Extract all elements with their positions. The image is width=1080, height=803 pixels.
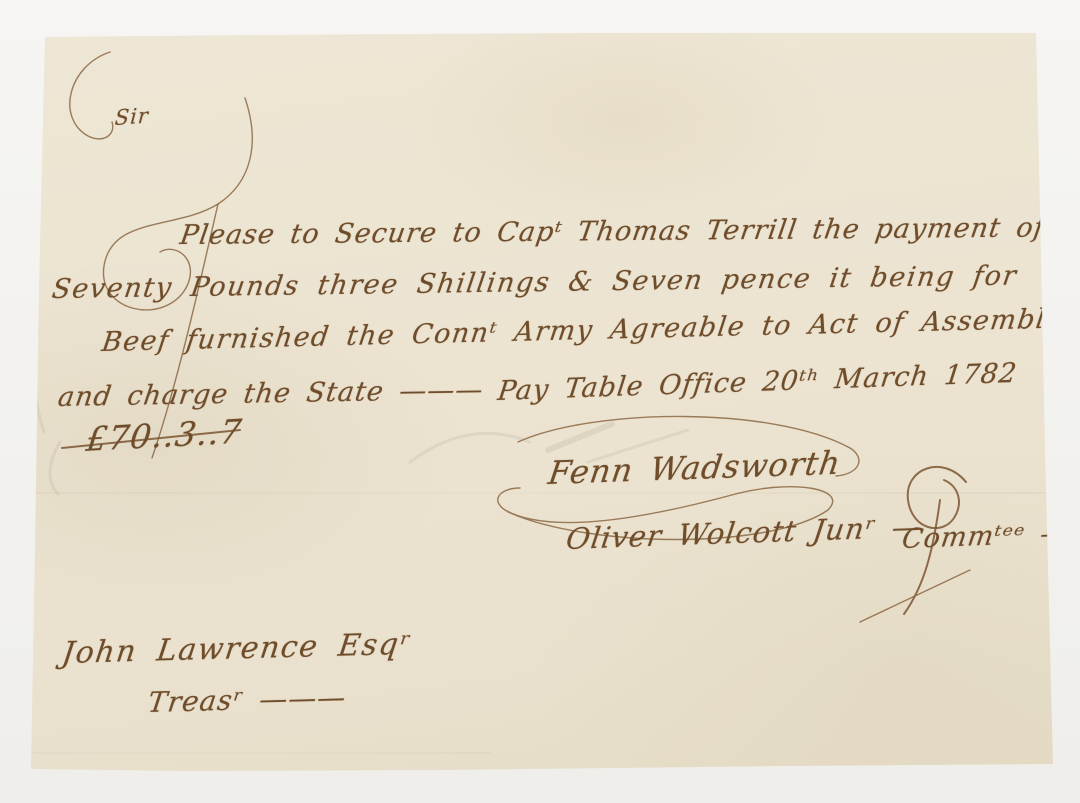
signature-oliver-wolcott: Oliver Wolcott Junʳ — bbox=[564, 509, 925, 556]
salutation: Sir bbox=[114, 103, 150, 130]
signature-fenn-wadsworth: Fenn Wadsworth bbox=[546, 444, 843, 492]
ghost-mark-left-2 bbox=[50, 442, 60, 494]
dateline: Pay Table Office 20ᵗʰ March 1782 bbox=[496, 358, 1019, 407]
sir-flourish bbox=[70, 52, 113, 139]
body-line-2: Seventy Pounds three Shillings & Seven p… bbox=[50, 260, 1019, 305]
ghost-mark-center-1 bbox=[410, 433, 530, 462]
smudge-above-signature bbox=[548, 424, 612, 450]
committee-flourish-slash bbox=[860, 570, 970, 622]
amount: £70..3..7 bbox=[84, 412, 245, 459]
addressee-name: John Lawrence Esqʳ bbox=[60, 627, 414, 671]
committee-notation: Commᵗᵉᵉ — bbox=[900, 518, 1071, 555]
fold-crease bbox=[28, 492, 1056, 494]
body-line-3: Beef furnished the Connᵗ Army Agreable t… bbox=[100, 303, 1065, 358]
scan-background: Sir Please to Secure to Capᵗ Thomas Terr… bbox=[0, 0, 1080, 803]
body-line-4: and charge the State ——— bbox=[56, 374, 486, 413]
body-line-1: Please to Secure to Capᵗ Thomas Terrill … bbox=[178, 212, 1047, 251]
manuscript-paper: Sir Please to Secure to Capᵗ Thomas Terr… bbox=[28, 30, 1056, 774]
fold-crease-bottom bbox=[28, 752, 491, 754]
addressee-title: Treasʳ ——— bbox=[146, 681, 349, 719]
ghost-mark-left-1 bbox=[34, 330, 44, 432]
